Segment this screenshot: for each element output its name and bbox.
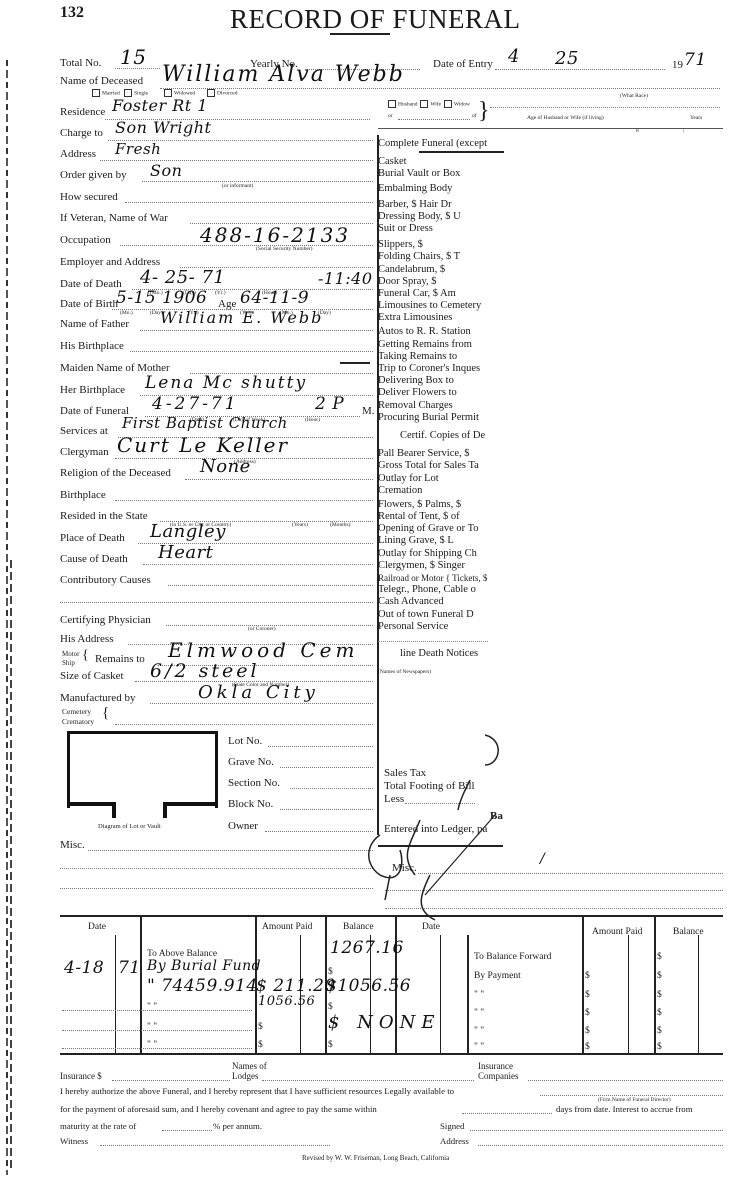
death-year-hint: (Yr.) — [215, 290, 226, 296]
date-of-entry-year-prefix: 19 — [672, 59, 683, 71]
charge-candelabrum: Candelabrum, $ — [378, 264, 506, 276]
date-of-death-value[interactable]: 4- 25- 71 — [140, 267, 225, 288]
hour-of-death-value[interactable]: -11:40 — [318, 269, 373, 288]
ledger-row-balance: $ — [657, 971, 662, 981]
how-secured-label: How secured — [60, 191, 118, 203]
ship-label: Ship — [62, 659, 75, 667]
ledger-row-desc[interactable]: " 74459.914 — [147, 976, 258, 996]
ledger-row-amount[interactable]: 1056.56 — [258, 994, 315, 1009]
ledger-row-desc: " " — [474, 1042, 484, 1052]
grave-no-label: Grave No. — [228, 756, 274, 768]
ledger-right-date-header: Date — [422, 922, 440, 932]
maturity-text: maturity at the rate of — [60, 1121, 136, 1131]
occupation-label: Occupation — [60, 234, 111, 246]
charge-autos-rr-station: Autos to R. R. Station — [378, 326, 506, 338]
ledger-left-amount-header: Amount Paid — [262, 922, 312, 932]
lodges-label-1: Names of — [232, 1061, 267, 1071]
title-underline — [330, 33, 390, 35]
footer-address-label: Address — [440, 1136, 469, 1146]
charge-delivering-box: Delivering Box to — [378, 375, 506, 387]
resided-months-hint: (Months) — [330, 522, 350, 528]
charge-complete-funeral: Complete Funeral (except — [378, 138, 506, 152]
physician-label: Certifying Physician — [60, 614, 151, 626]
name-of-deceased-label: Name of Deceased — [60, 75, 143, 87]
manufactured-label: Manufactured by — [60, 692, 135, 704]
ssn-hint: (Social Security Number) — [256, 246, 313, 252]
services-at-label: Services at — [60, 425, 108, 437]
charge-burial-vault: Burial Vault or Box — [378, 168, 506, 180]
crematory-label: Crematory — [62, 717, 94, 726]
total-no-value[interactable]: 15 — [120, 45, 146, 69]
ledger-row-balance: $ — [328, 1040, 333, 1050]
ledger-row-amount: $ — [585, 1042, 590, 1052]
motor-label: Motor — [62, 650, 80, 658]
contributory-label: Contributory Causes — [60, 574, 151, 586]
date-of-birth-label: Date of Birth — [60, 298, 118, 310]
ledger-right-amount-header: Amount Paid — [592, 927, 642, 937]
witness-label: Witness — [60, 1136, 88, 1146]
charge-coroners-inquest: Trip to Coroner's Inques — [378, 363, 506, 375]
charge-embalming: Embalming Body — [378, 183, 506, 195]
charge-getting-remains: Getting Remains from — [378, 339, 506, 351]
owner-label: Owner — [228, 820, 258, 832]
charge-to-label: Charge to — [60, 127, 103, 139]
charge-rental-of-tent: Rental of Tent, $ of — [378, 511, 506, 523]
place-of-death-label: Place of Death — [60, 532, 125, 544]
cause-of-death-value[interactable]: Heart — [158, 542, 213, 563]
ledger-row-year[interactable]: 71 — [118, 958, 141, 978]
charge-clergymen-singer: Clergymen, $ Singer — [378, 560, 506, 572]
date-of-entry-day[interactable]: 25 — [555, 48, 579, 69]
charge-out-of-town: Out of town Funeral D — [378, 609, 506, 621]
age-of-spouse-label: Age of Husband or Wife (if living) — [527, 115, 604, 121]
order-given-by-value[interactable]: Son — [150, 161, 182, 180]
religion-label: Religion of the Deceased — [60, 467, 171, 479]
signature-scrawl — [360, 725, 520, 925]
charge-suit-or-dress: Suit or Dress — [378, 223, 506, 235]
newspapers-hint: (Names of Newspapers) — [378, 666, 506, 678]
ledger-row-amount: $ — [258, 1040, 263, 1050]
ledger-row-date[interactable]: 4-18 — [64, 958, 104, 978]
revised-by: Revised by W. W. Friseman, Long Beach, C… — [302, 1154, 449, 1162]
lot-diagram — [67, 731, 218, 808]
date-of-funeral-value[interactable]: 4-27-71 — [152, 394, 239, 414]
ledger-left-date-header: Date — [88, 922, 106, 932]
page-number: 132 — [60, 4, 84, 22]
funeral-hour-hint: (Hour) — [305, 417, 320, 423]
date-of-birth-value[interactable]: 5-15 1906 — [116, 288, 207, 308]
payment-text-2: days from date. Interest to accrue from — [556, 1104, 693, 1114]
ledger-top-rule — [60, 915, 723, 917]
signed-label: Signed — [440, 1121, 464, 1131]
ledger-row-amount: $ — [585, 1008, 590, 1018]
birth-month-hint: (Mo.) — [120, 310, 133, 316]
clergyman-label: Clergyman — [60, 446, 109, 458]
veteran-label: If Veteran, Name of War — [60, 212, 168, 224]
cemetery-label: Cemetery — [62, 707, 91, 716]
ledger-row-balance: $ — [657, 952, 662, 962]
charge-extra-limousines: Extra Limousines — [378, 312, 506, 324]
charge-barber: Barber, $ Hair Dr — [378, 199, 506, 211]
date-of-death-label: Date of Death — [60, 278, 122, 290]
married-checkbox[interactable] — [92, 89, 100, 97]
father-label: Name of Father — [60, 318, 129, 330]
size-of-casket-value[interactable]: 6/2 steel — [150, 660, 260, 682]
charge-funeral-car: Funeral Car, $ Am — [378, 288, 506, 300]
ledger-row-amount: $ — [258, 1022, 263, 1032]
insurance-companies-label-2: Companies — [478, 1071, 519, 1081]
charge-railroad-tickets: Railroad or Motor { Tickets, $ — [378, 572, 506, 584]
resided-label: Resided in the State — [60, 510, 148, 522]
lot-no-label: Lot No. — [228, 735, 262, 747]
size-of-casket-label: Size of Casket — [60, 670, 124, 682]
binding-edge-inner — [10, 560, 12, 1170]
charge-blank — [378, 633, 488, 642]
his-birthplace-label: His Birthplace — [60, 340, 124, 352]
charge-to-value[interactable]: Son Wright — [115, 118, 211, 137]
ledger-row-desc: To Balance Forward — [474, 952, 551, 962]
charge-deliver-flowers: Deliver Flowers to — [378, 387, 506, 399]
percent-text: % per annum. — [213, 1121, 262, 1131]
charge-outlay-for-lot: Outlay for Lot — [378, 473, 506, 485]
address-value[interactable]: Fresh — [115, 140, 161, 158]
birthplace-label: Birthplace — [60, 489, 106, 501]
charge-flowers-palms: Flowers, $ Palms, $ — [378, 499, 506, 511]
her-birthplace-value[interactable]: Lena Mc shutty — [145, 373, 307, 393]
his-address-label: His Address — [60, 633, 113, 645]
insurance-label: Insurance $ — [60, 1071, 102, 1081]
block-no-label: Block No. — [228, 798, 273, 810]
charge-lining-grave: Lining Grave, $ L — [378, 535, 506, 547]
charge-telegr-phone: Telegr., Phone, Cable o — [378, 584, 506, 596]
her-birthplace-label: Her Birthplace — [60, 384, 125, 396]
ledger-row-amount: $ — [585, 1026, 590, 1036]
what-race-hint: (What Race) — [620, 93, 648, 99]
payment-text-1: for the payment of aforesaid sum, and I … — [60, 1104, 377, 1114]
diagram-caption: Diagram of Lot or Vault — [98, 823, 161, 830]
age-value[interactable]: 64-11-9 — [240, 288, 309, 308]
charge-door-spray: Door Spray, $ — [378, 276, 506, 288]
occupation-value[interactable]: 488-16-2133 — [200, 223, 350, 247]
informant-hint: (or informant) — [222, 183, 253, 189]
firm-name-hint: (Firm Name of Funeral Director) — [598, 1097, 671, 1103]
father-value[interactable]: William E. Webb — [160, 308, 323, 327]
ledger-left-balance-header: Balance — [343, 922, 374, 932]
ledger-row-desc: " " — [474, 1008, 484, 1018]
funeral-hour-value[interactable]: 2 P — [315, 394, 344, 414]
misc-label: Misc. — [60, 839, 85, 851]
charge-certif-copies: Certif. Copies of De — [378, 430, 506, 442]
ledger-right-balance-header: Balance — [673, 927, 704, 937]
coroner-hint: (or Coroner) — [248, 626, 276, 632]
ledger-row-balance: $ — [657, 1026, 662, 1036]
ledger-row-balance[interactable]: $ NONE — [328, 1012, 441, 1033]
divorced-checkbox[interactable] — [207, 89, 215, 97]
address-label: Address — [60, 148, 96, 160]
charge-personal-service: Personal Service — [378, 621, 506, 633]
page-title: RECORD OF FUNERAL — [230, 4, 521, 35]
ledger-row-amount[interactable]: $ 211.20 — [256, 976, 336, 996]
spouse-options[interactable]: Husband Wife Widow — [388, 100, 470, 108]
charge-limousines: Limousines to Cemetery — [378, 300, 506, 312]
signed-field[interactable] — [470, 1130, 723, 1131]
charge-death-notices: line Death Notices — [378, 648, 506, 660]
footer-address-field[interactable] — [478, 1145, 723, 1146]
charges-panel: Complete Funeral (except Casket Burial V… — [378, 138, 508, 678]
services-at-value[interactable]: First Baptist Church — [122, 414, 288, 432]
charge-casket: Casket — [378, 156, 506, 168]
witness-field[interactable] — [100, 1145, 330, 1146]
spouse-or-label: or — [388, 113, 393, 119]
residence-label: Residence — [60, 106, 105, 118]
resided-years-hint: (Years) — [292, 522, 308, 528]
ledger-row-desc[interactable]: By Burial Fund — [147, 958, 261, 974]
ledger-row-balance: $ — [328, 1002, 333, 1012]
charge-slippers: Slippers, $ — [378, 239, 506, 251]
date-of-entry-year[interactable]: 71 — [684, 50, 707, 70]
charge-folding-chairs: Folding Chairs, $ T — [378, 251, 506, 263]
widow-checkbox[interactable] — [444, 100, 452, 108]
charge-burial-permit: Procuring Burial Permit — [378, 412, 506, 424]
ledger-row-amount: $ — [585, 990, 590, 1000]
lodges-label-2: Lodges — [232, 1071, 259, 1081]
marital-divorced[interactable]: Divorced — [207, 89, 237, 97]
ledger-bottom-rule — [60, 1053, 723, 1055]
religion-value[interactable]: None — [200, 456, 251, 477]
charge-opening-of-grave: Opening of Grave or To — [378, 523, 506, 535]
binding-edge — [6, 60, 8, 1175]
authorize-text: I hereby authorize the above Funeral, an… — [60, 1086, 454, 1096]
wife-checkbox[interactable] — [420, 100, 428, 108]
years-label: Years — [690, 115, 702, 121]
charge-outlay-shipping: Outlay for Shipping Ch — [378, 548, 506, 560]
ledger-row-desc: " " — [474, 990, 484, 1000]
date-of-entry-month[interactable]: 4 — [508, 46, 520, 67]
husband-checkbox[interactable] — [388, 100, 396, 108]
section-no-label: Section No. — [228, 777, 280, 789]
charge-gross-total: Gross Total for Sales Ta — [378, 460, 506, 472]
name-of-deceased-value[interactable]: William Alva Webb — [162, 62, 405, 87]
ledger-row-balance: $ — [657, 1042, 662, 1052]
ledger-row-amount: $ — [585, 971, 590, 981]
ledger-row-desc: " " — [474, 1026, 484, 1036]
ledger-row-balance[interactable]: $1056.56 — [326, 976, 411, 996]
funeral-meridian: M. — [362, 405, 375, 417]
remains-to-label: Remains to — [95, 653, 145, 665]
insurance-companies-label-1: Insurance — [478, 1061, 513, 1071]
remains-to-value[interactable]: Elmwood Cem — [168, 638, 358, 662]
charge-pall-bearer: Pall Bearer Service, $ — [378, 448, 506, 460]
charge-cash-advanced: Cash Advanced — [378, 596, 506, 608]
clergyman-value[interactable]: Curt Le Keller — [117, 433, 289, 457]
ledger-row-balance: $ — [657, 1008, 662, 1018]
ledger-row-balance: $ — [657, 990, 662, 1000]
manufactured-value[interactable]: Okla City — [198, 682, 319, 703]
residence-value[interactable]: Foster Rt 1 — [112, 96, 208, 115]
charge-taking-remains: Taking Remains to — [378, 351, 506, 363]
order-given-by-label: Order given by — [60, 169, 127, 181]
cause-of-death-label: Cause of Death — [60, 553, 128, 565]
date-of-entry-label: Date of Entry — [433, 58, 493, 70]
total-no-label: Total No. — [60, 57, 101, 69]
charge-cremation: Cremation — [378, 485, 506, 497]
place-of-death-value[interactable]: Langley — [150, 521, 226, 542]
ledger-row-balance[interactable]: 1267.16 — [330, 938, 404, 958]
charge-dressing-body: Dressing Body, $ U — [378, 211, 506, 223]
ledger-row-desc: By Payment — [474, 971, 521, 981]
date-of-funeral-label: Date of Funeral — [60, 405, 129, 417]
charge-removal: Removal Charges — [378, 400, 506, 412]
spouse-of-label: of — [472, 113, 477, 119]
